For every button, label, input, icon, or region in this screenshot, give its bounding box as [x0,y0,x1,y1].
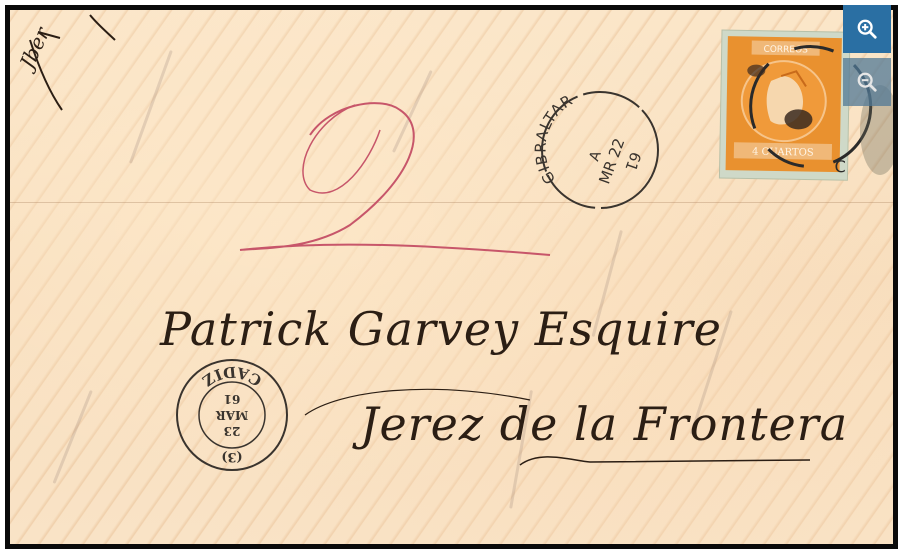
cadiz-year-text: 61 [224,392,241,406]
cadiz-day-text: 23 [224,424,241,438]
zoom-out-icon [856,71,878,93]
gibraltar-year-text: 61 [621,149,644,173]
image-viewer-frame: Jber GIBRALTAR A MR 22 61 [5,5,898,549]
zoom-in-button[interactable] [843,5,891,53]
stamp-bottom-label: 4 CUARTOS [752,147,814,159]
cadiz-postmark: CADIZ (3) 23 MAR 61 [177,360,287,470]
rate-marking-2 [240,103,550,255]
cadiz-month-text: MAR [215,408,249,422]
address-line-1: Patrick Garvey Esquire [159,302,722,356]
corner-docket-note: Jber [13,15,115,110]
address-block: Patrick Garvey Esquire Jerez de la Front… [159,302,848,465]
svg-text:C: C [834,157,846,176]
gibraltar-postmark: GIBRALTAR A MR 22 61 [531,91,658,208]
zoom-in-icon [856,18,878,40]
gibraltar-town-text: GIBRALTAR [531,91,576,187]
svg-text:GIBRALTAR: GIBRALTAR [531,91,576,187]
zoom-out-button[interactable] [843,58,891,106]
postal-cover-scan: Jber GIBRALTAR A MR 22 61 [10,10,893,544]
address-line-2: Jerez de la Frontera [352,397,848,451]
cover-markings: Jber GIBRALTAR A MR 22 61 [10,10,893,544]
corner-note-text: Jber [13,22,55,75]
cadiz-number-text: (3) [221,449,242,464]
